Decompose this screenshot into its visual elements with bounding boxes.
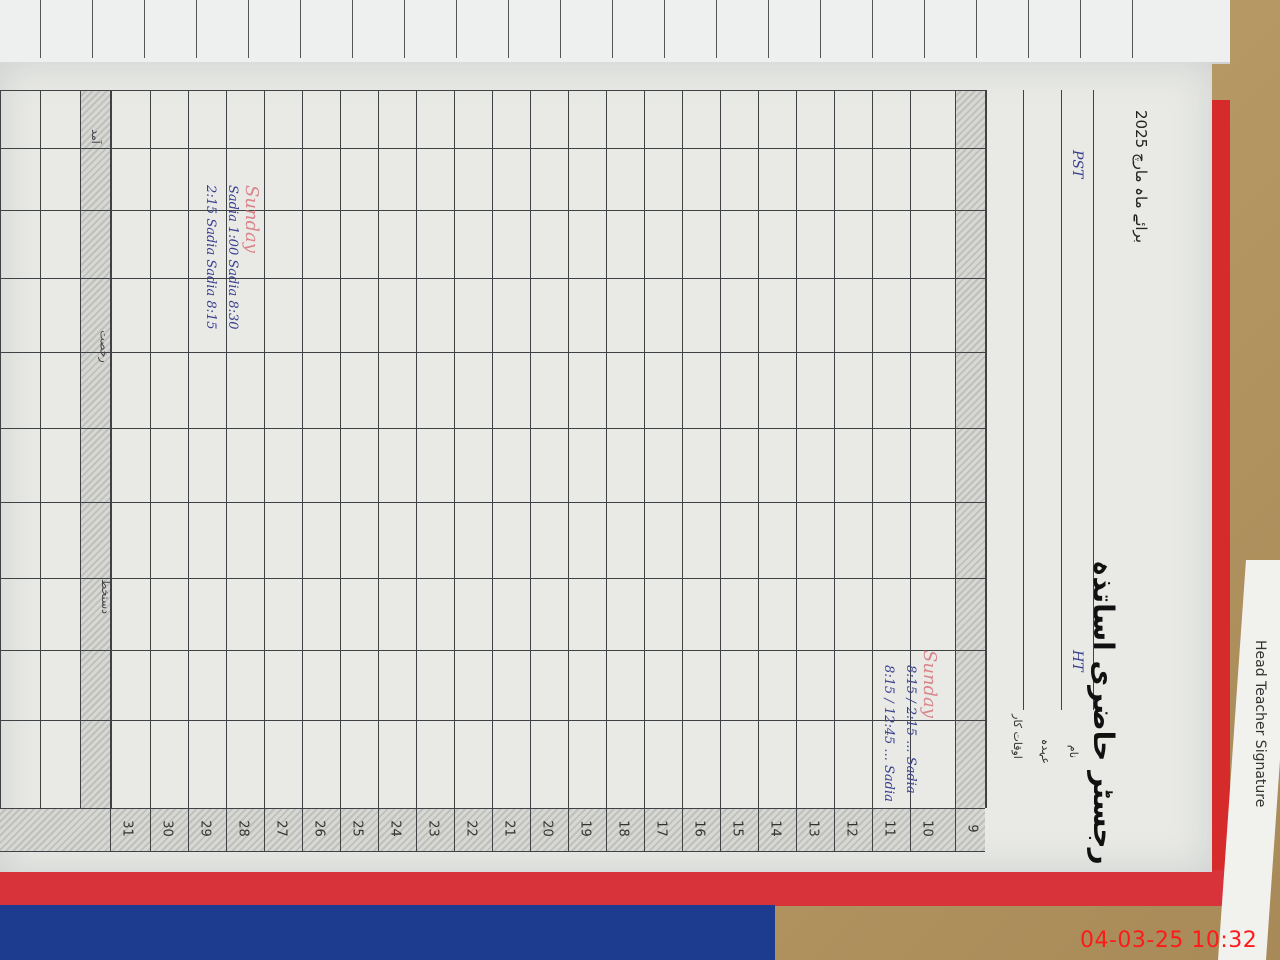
grid-vline (796, 90, 797, 808)
handwritten-entry: Sunday (241, 185, 262, 253)
prev-page-line (924, 0, 925, 58)
grid-vline (378, 90, 379, 808)
handwritten-entry: 8:15 / 2:15 ... Sadia (903, 665, 918, 794)
red-cover-edge-bottom (0, 870, 1230, 906)
date-cell: 10 (910, 809, 911, 851)
date-cell: 20 (530, 809, 531, 851)
date-cell: 21 (492, 809, 493, 851)
prev-page-line (92, 0, 93, 58)
weekday-mark: آمد (89, 129, 102, 144)
date-cell: 27 (264, 809, 265, 851)
date-row: 31 30 29 28 27 26 25 24 23 22 21 20 19 1… (0, 808, 985, 852)
date-cell: 12 (834, 809, 835, 851)
prev-page-line (664, 0, 665, 58)
grid-vline (872, 90, 873, 808)
grid-vline (492, 90, 493, 808)
prev-page-line (456, 0, 457, 58)
grid-vline (454, 90, 455, 808)
date-cell: 23 (416, 809, 417, 851)
prev-page-line (404, 0, 405, 58)
handwritten-entry: 2:15 Sadia Sadia 8:15 (203, 185, 218, 330)
grid-hline (0, 428, 985, 429)
prev-page-line (560, 0, 561, 58)
photo-timestamp: 04-03-25 10:32 (1080, 928, 1257, 953)
weekday-shaded-column (80, 90, 112, 808)
prev-page-line (144, 0, 145, 58)
shaded-header-column (955, 90, 987, 808)
grid-hline (0, 352, 985, 353)
prev-page-line (716, 0, 717, 58)
header-line (1061, 90, 1062, 710)
header-label-name: نام (1067, 745, 1080, 758)
prev-page-line (508, 0, 509, 58)
side-document-text: Head Teacher Signature (1252, 640, 1268, 807)
date-cell: 14 (758, 809, 759, 851)
grid-hline (0, 720, 985, 721)
grid-hline (0, 148, 985, 149)
handwritten-entry: 8:15 / 12:45 ... Sadia (881, 665, 896, 802)
date-cell: 31 (110, 809, 111, 851)
handwritten-entry: Sunday (919, 650, 940, 718)
prev-page-line (1132, 0, 1133, 58)
date-cell: 29 (188, 809, 189, 851)
register-page: آمد رخصت دستخط 31 30 29 28 27 26 25 24 2… (0, 62, 1212, 872)
date-cell: 28 (226, 809, 227, 851)
grid-hline (0, 278, 985, 279)
grid-vline (720, 90, 721, 808)
weekday-mark: رخصت (98, 330, 111, 362)
header-value-name: PST (1069, 150, 1085, 178)
date-cell: 25 (340, 809, 341, 851)
grid-vline (110, 90, 111, 808)
header-line (1023, 90, 1024, 710)
header-label-hours: اوقات کار (1011, 714, 1024, 759)
grid-vline (530, 90, 531, 808)
grid-vline (416, 90, 417, 808)
grid-vline (955, 90, 956, 808)
header-line (985, 90, 986, 710)
grid-vline (150, 90, 151, 808)
handwritten-entry: Sadia 1:00 Sadia 8:30 (225, 185, 240, 330)
header-label-post: عہدہ (1039, 739, 1052, 764)
grid-vline (682, 90, 683, 808)
date-cell: 22 (454, 809, 455, 851)
grid-hline (0, 502, 985, 503)
prev-page-line (872, 0, 873, 58)
prev-page-line (248, 0, 249, 58)
header-value-post: HT (1069, 650, 1085, 672)
prev-page-line (1028, 0, 1029, 58)
prev-page-line (352, 0, 353, 58)
register-month: برائے ماہ مارچ 2025 (1132, 110, 1150, 243)
blue-book-cover (0, 905, 775, 960)
date-cell: 18 (606, 809, 607, 851)
attendance-grid: آمد رخصت دستخط 31 30 29 28 27 26 25 24 2… (0, 90, 1125, 850)
date-cell: 9 (955, 809, 956, 851)
grid-vline (264, 90, 265, 808)
prev-page-line (40, 0, 41, 58)
grid-hline (0, 90, 985, 91)
grid-vline (40, 90, 41, 808)
date-cell: 30 (150, 809, 151, 851)
red-cover-edge-right (1212, 100, 1230, 890)
prev-page-line (976, 0, 977, 58)
prev-page-line (768, 0, 769, 58)
date-cell: 19 (568, 809, 569, 851)
grid-vline (188, 90, 189, 808)
grid-hline (0, 578, 985, 579)
grid-hline (0, 650, 985, 651)
grid-vline (606, 90, 607, 808)
prev-page-line (612, 0, 613, 58)
grid-vline (80, 90, 81, 808)
date-cell: 15 (720, 809, 721, 851)
grid-vline (0, 90, 1, 808)
prev-page-line (1080, 0, 1081, 58)
prev-page-line (820, 0, 821, 58)
prev-page-line (196, 0, 197, 58)
grid-vline (340, 90, 341, 808)
prev-page-line (300, 0, 301, 58)
register-title: رجسٹر حاضری اساتذہ (1087, 560, 1120, 865)
grid-hline (0, 210, 985, 211)
weekday-mark: دستخط (99, 579, 112, 614)
grid-vline (644, 90, 645, 808)
grid-vline (758, 90, 759, 808)
date-cell: 17 (644, 809, 645, 851)
date-cell: 13 (796, 809, 797, 851)
grid-vline (834, 90, 835, 808)
previous-page-edge (0, 0, 1230, 64)
date-cell: 16 (682, 809, 683, 851)
date-cell: 26 (302, 809, 303, 851)
date-cell: 11 (872, 809, 873, 851)
grid-vline (568, 90, 569, 808)
date-cell: 24 (378, 809, 379, 851)
grid-vline (302, 90, 303, 808)
